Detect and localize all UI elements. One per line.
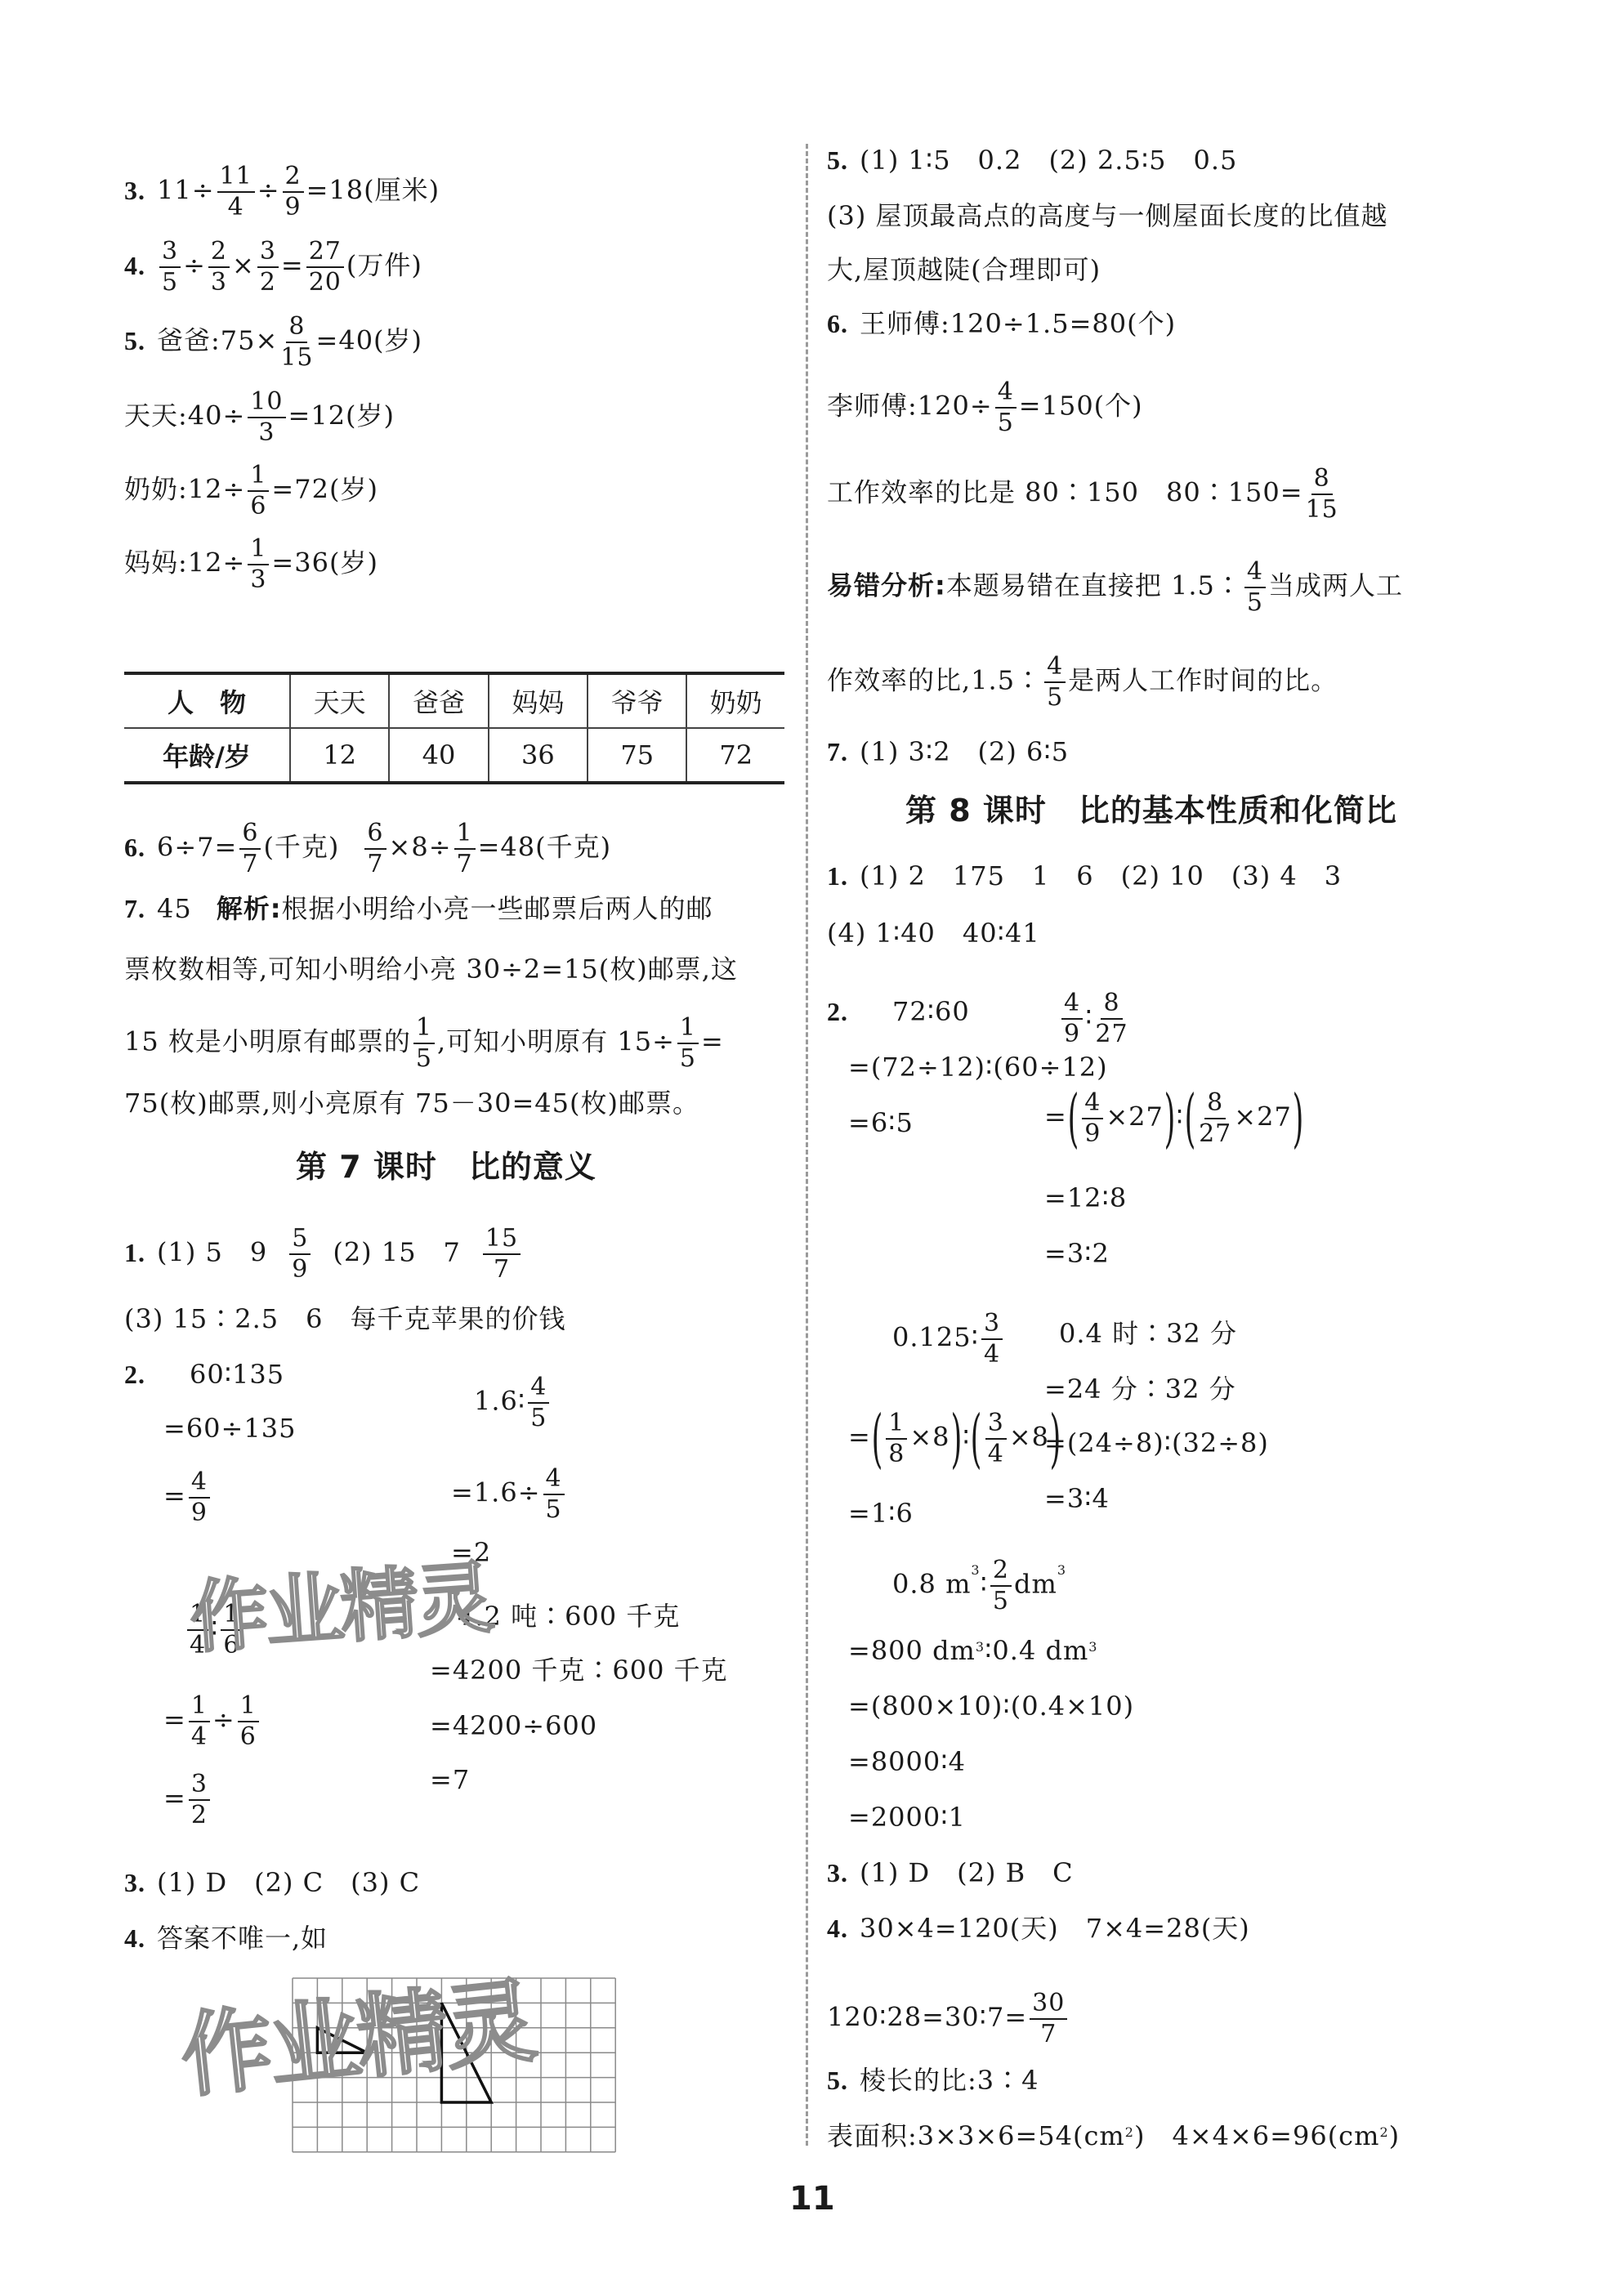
- s8-q2e-line4: =8000∶4: [848, 1745, 966, 1778]
- fraction: 67: [364, 820, 386, 878]
- grid-figure: [292, 1977, 619, 2154]
- s7-q2a-line2: =60÷135: [163, 1412, 296, 1445]
- fraction: 49: [1082, 1090, 1103, 1147]
- fraction: 827: [1199, 1090, 1231, 1147]
- s7-q2d-line1: 4.2 吨∶600 千克: [458, 1600, 680, 1633]
- fraction: 13: [248, 536, 269, 593]
- s7-q2d-line4: =7: [430, 1763, 470, 1796]
- error-analysis-label: 易错分析:: [827, 570, 946, 601]
- answer-r-q5-line1: 5.(1) 1∶5 0.2 (2) 2.5∶5 0.5: [827, 144, 1237, 176]
- expr-text: ×8÷: [389, 832, 452, 863]
- s8-q2e-line5: =2000∶1: [848, 1801, 966, 1834]
- s7-q2c-line2: =14÷16: [163, 1693, 261, 1750]
- analysis-text: =: [701, 1026, 724, 1057]
- question-number: 7.: [124, 894, 145, 923]
- answer-q7-line2: 票枚数相等,可知小明给小亮 30÷2=15(枚)邮票,这: [124, 953, 738, 985]
- fraction: 17: [454, 820, 476, 878]
- expr-text: =48(千克): [478, 832, 612, 863]
- expr-text: (万件): [346, 250, 422, 281]
- s8-answer-q1-line1: 1.(1) 2 175 1 6 (2) 10 (3) 4 3: [827, 860, 1342, 892]
- table-cell: 天天: [290, 673, 389, 728]
- question-number: 2.: [827, 997, 848, 1026]
- s8-q2d-line2: =24 分∶32 分: [1044, 1373, 1236, 1405]
- question-number: 5.: [827, 2066, 848, 2095]
- answer-q5-line4: 妈妈:12÷13=36(岁): [124, 536, 378, 593]
- fraction: 18: [886, 1410, 907, 1467]
- s7-q2b-line2: =1.6÷45: [451, 1466, 567, 1523]
- expr-text: (1) 3∶2 (2) 6∶5: [860, 736, 1069, 767]
- analysis-text: 15 枚是小明原有邮票的: [124, 1026, 411, 1057]
- section-title-8: 第 8 课时 比的基本性质和化简比: [905, 791, 1397, 830]
- question-number: 5.: [827, 145, 848, 175]
- fraction: 16: [248, 462, 269, 520]
- s8-q2e-line2: =800 dm3∶0.4 dm3: [848, 1634, 1097, 1667]
- expr-text: (1) D (2) C (3) C: [157, 1867, 420, 1898]
- fraction: 29: [283, 163, 304, 221]
- fraction: 103: [248, 389, 285, 446]
- s8-q2c-line1: 0.125∶34: [892, 1311, 1005, 1368]
- s8-q2a-line1: 72∶60: [892, 995, 970, 1028]
- fraction: 815: [280, 314, 313, 371]
- s7-answer-q3: 3.(1) D (2) C (3) C: [124, 1866, 420, 1899]
- column-divider: [806, 144, 808, 2146]
- s7-q2b-line1: 1.6∶45: [474, 1374, 552, 1432]
- fraction: 45: [1044, 654, 1066, 711]
- table-header-row: 人 物 天天 爸爸 妈妈 爷爷 奶奶: [124, 673, 784, 728]
- s7-answer-q1-line1: 1.(1) 5 959(2) 15 7157: [124, 1226, 523, 1283]
- expr-text: (1) D (2) B C: [860, 1857, 1074, 1888]
- analysis-text: ,可知小明原有 15÷: [437, 1026, 675, 1057]
- fraction: 34: [981, 1311, 1003, 1368]
- fraction: 2720: [306, 239, 344, 296]
- question-number: 1.: [827, 861, 848, 891]
- operator: ÷: [183, 250, 206, 281]
- question-number: 3.: [124, 1868, 145, 1897]
- fraction: 34: [985, 1410, 1007, 1467]
- expr-text: 30×4=120(天) 7×4=28(天): [860, 1913, 1250, 1944]
- grid-lines: [293, 1978, 615, 2152]
- fraction: 15: [413, 1015, 435, 1072]
- answer-q7-line3: 15 枚是小明原有邮票的15,可知小明原有 15÷15=: [124, 1015, 724, 1072]
- question-number: 5.: [124, 326, 145, 355]
- expr-text: =12(岁): [288, 400, 395, 431]
- s8-q2c-line3: =1∶6: [848, 1497, 914, 1530]
- table-cell: 72: [686, 728, 784, 783]
- s7-q2a-line1: 60∶135: [190, 1358, 284, 1391]
- s7-answer-q1-line2: (3) 15∶2.5 6 每千克苹果的价钱: [124, 1302, 565, 1335]
- fraction: 827: [1095, 990, 1128, 1047]
- answer-q7-line4: 75(枚)邮票,则小亮原有 75－30=45(枚)邮票。: [124, 1087, 699, 1119]
- expr-text: (千克): [263, 832, 339, 863]
- s8-answer-q5-line2: 表面积:3×3×6=54(cm2) 4×4×6=96(cm2): [827, 2120, 1400, 2152]
- expr-text: 11÷: [157, 175, 215, 206]
- page-number: 11: [789, 2180, 835, 2218]
- table-cell: 40: [389, 728, 488, 783]
- expr-text: =40(岁): [316, 325, 423, 356]
- expr-text: 奶奶:12÷: [124, 474, 245, 505]
- s8-answer-q5-line1: 5.棱长的比:3∶4: [827, 2064, 1039, 2097]
- question-number: 2.: [124, 1360, 145, 1389]
- expr-text: 爸爸:75×: [157, 325, 278, 356]
- fraction: 45: [543, 1466, 565, 1523]
- fraction: 114: [217, 163, 255, 221]
- s8-q2d-line1: 0.4 时∶32 分: [1059, 1317, 1237, 1350]
- answer-q5-line3: 奶奶:12÷16=72(岁): [124, 462, 378, 520]
- fraction: 45: [995, 379, 1017, 436]
- answer-q3: 3.11÷114÷29=18(厘米): [124, 163, 440, 221]
- fraction: 45: [1244, 559, 1266, 616]
- s7-q2a-line3: =49: [163, 1469, 212, 1526]
- s8-q2a-line3: =6∶5: [848, 1106, 914, 1139]
- answer-q6: 6.6÷7=67(千克)67×8÷17=48(千克): [124, 820, 611, 878]
- s8-answer-q3: 3.(1) D (2) B C: [827, 1856, 1074, 1889]
- fraction: 49: [189, 1469, 210, 1526]
- expr-text: =18(厘米): [306, 175, 440, 206]
- table-cell: 妈妈: [489, 673, 588, 728]
- s8-answer-q1-line2: (4) 1∶40 40∶41: [827, 917, 1040, 949]
- operator: =: [281, 250, 304, 281]
- table-cell: 爷爷: [588, 673, 686, 728]
- fraction: 15: [677, 1015, 699, 1072]
- s8-q2d-line3: =(24÷8)∶(32÷8): [1044, 1427, 1269, 1459]
- fraction: 35: [159, 239, 181, 296]
- section-title-7: 第 7 课时 比的意义: [296, 1147, 596, 1186]
- s7-q2d-line2: =4200 千克∶600 千克: [430, 1654, 728, 1686]
- s8-answer-q4-line1: 4.30×4=120(天) 7×4=28(天): [827, 1912, 1250, 1945]
- question-number: 1.: [124, 1238, 145, 1267]
- answer-value: 45: [157, 893, 192, 924]
- expr-text: 棱长的比:3∶4: [860, 2065, 1039, 2096]
- expr-text: (1) 2 175 1 6 (2) 10 (3) 4 3: [860, 860, 1342, 891]
- expr-text: (2) 15 7: [333, 1237, 461, 1268]
- fraction: 32: [189, 1771, 210, 1829]
- answer-q7-line1: 7.45解析:根据小明给小亮一些邮票后两人的邮: [124, 892, 713, 925]
- analysis-label: 解析:: [217, 893, 282, 924]
- s8-q2-number: 2.: [827, 995, 860, 1028]
- fraction: 32: [257, 239, 279, 296]
- question-number: 4.: [827, 1914, 848, 1943]
- question-number: 3.: [827, 1858, 848, 1887]
- question-number: 4.: [124, 251, 145, 280]
- fraction: 16: [238, 1693, 259, 1750]
- table-row: 年龄/岁 12 40 36 75 72: [124, 728, 784, 783]
- s8-q2b-line1: 49∶827: [1059, 990, 1131, 1047]
- analysis-text: 票枚数相等,可知小明给小亮 30÷2=15(枚)邮票,这: [124, 954, 738, 985]
- expr-text: =36(岁): [271, 547, 378, 578]
- expr-text: 答案不唯一,如: [157, 1923, 328, 1954]
- fraction: 14: [189, 1693, 210, 1750]
- expr-text: ÷: [257, 175, 280, 206]
- age-table: 人 物 天天 爸爸 妈妈 爷爷 奶奶 年龄/岁 12 40 36 75 72: [124, 672, 784, 784]
- s7-q2c-line3: =32: [163, 1771, 212, 1829]
- fraction: 45: [528, 1374, 549, 1432]
- expr-text: (1) 5 9: [157, 1237, 267, 1268]
- s7-q2b-line3: =2: [451, 1536, 491, 1569]
- s8-q2d-line4: =3∶4: [1044, 1482, 1110, 1515]
- answer-r-q5-line2: (3) 屋顶最高点的高度与一侧屋面长度的比值越: [827, 199, 1388, 232]
- table-cell: 年龄/岁: [124, 728, 290, 783]
- s7-q2c-line1: 14∶16: [185, 1601, 245, 1659]
- error-analysis-line1: 易错分析:本题易错在直接把 1.5∶45当成两人工: [827, 559, 1403, 616]
- expr-text: (3) 15∶2.5 6 每千克苹果的价钱: [124, 1303, 565, 1334]
- fraction: 307: [1030, 1990, 1067, 2048]
- answer-r-q7: 7.(1) 3∶2 (2) 6∶5: [827, 735, 1069, 768]
- analysis-text: 根据小明给小亮一些邮票后两人的邮: [282, 893, 713, 924]
- fraction: 67: [239, 820, 261, 878]
- answer-q5-line2: 天天:40÷103=12(岁): [124, 389, 395, 446]
- fraction: 25: [990, 1557, 1012, 1615]
- s8-q2e-line3: =(800×10)∶(0.4×10): [848, 1690, 1134, 1722]
- fraction: 23: [208, 239, 230, 296]
- expr-text: =72(岁): [271, 474, 378, 505]
- fraction: 59: [289, 1226, 311, 1283]
- s8-q2b-line3: =12∶8: [1044, 1182, 1127, 1214]
- fraction: 815: [1306, 466, 1338, 523]
- fraction: 49: [1061, 990, 1083, 1047]
- expr-text: (1) 1∶5 0.2 (2) 2.5∶5 0.5: [860, 145, 1237, 176]
- table-cell: 爸爸: [389, 673, 488, 728]
- question-number: 6.: [827, 309, 848, 338]
- s8-q2c-line2: =(18×8)∶(34×8): [848, 1407, 1061, 1471]
- question-number: 7.: [827, 737, 848, 766]
- question-number: 6.: [124, 833, 145, 862]
- expr-text: 6÷7=: [157, 832, 237, 863]
- answer-r-q6-line1: 6.王师傅:120÷1.5=80(个): [827, 307, 1176, 340]
- error-analysis-line2: 作效率的比,1.5∶45是两人工作时间的比。: [827, 654, 1338, 711]
- answer-r-q6-line3: 工作效率的比是 80∶150 80∶150=815: [827, 466, 1341, 523]
- answer-q4: 4.35÷23×32=2720(万件): [124, 239, 422, 296]
- fraction: 14: [187, 1601, 208, 1659]
- table-cell: 人 物: [124, 673, 290, 728]
- operator: ×: [232, 250, 255, 281]
- expr-text: 王师傅:120÷1.5=80(个): [860, 308, 1176, 339]
- s7-q2d-line3: =4200÷600: [430, 1709, 597, 1742]
- expr-text: 天天:40÷: [124, 400, 245, 431]
- fraction: 16: [221, 1601, 242, 1659]
- table-cell: 奶奶: [686, 673, 784, 728]
- table-cell: 75: [588, 728, 686, 783]
- answer-q5-line1: 5.爸爸:75×815=40(岁): [124, 314, 422, 371]
- analysis-text: 75(枚)邮票,则小亮原有 75－30=45(枚)邮票。: [124, 1088, 699, 1119]
- s8-q2b-line4: =3∶2: [1044, 1237, 1110, 1270]
- s8-q2e-line1: 0.8 m3∶25dm3: [892, 1557, 1066, 1615]
- table-cell: 36: [489, 728, 588, 783]
- answer-r-q5-line3: 大,屋顶越陡(合理即可): [827, 253, 1101, 286]
- fraction: 157: [483, 1226, 521, 1283]
- s8-q2a-line2: =(72÷12)∶(60÷12): [848, 1051, 1108, 1083]
- question-number: 3.: [124, 176, 145, 205]
- s8-answer-q4-line2: 120∶28=30∶7=307: [827, 1990, 1070, 2048]
- answer-r-q6-line2: 李师傅:120÷45=150(个): [827, 379, 1143, 436]
- s7-q2-number: 2.: [124, 1358, 157, 1391]
- question-number: 4.: [124, 1923, 145, 1953]
- table-cell: 12: [290, 728, 389, 783]
- s8-q2b-line2: =(49×27)∶(827×27): [1044, 1087, 1304, 1150]
- expr-text: 妈妈:12÷: [124, 547, 245, 578]
- s7-answer-q4: 4.答案不唯一,如: [124, 1922, 328, 1954]
